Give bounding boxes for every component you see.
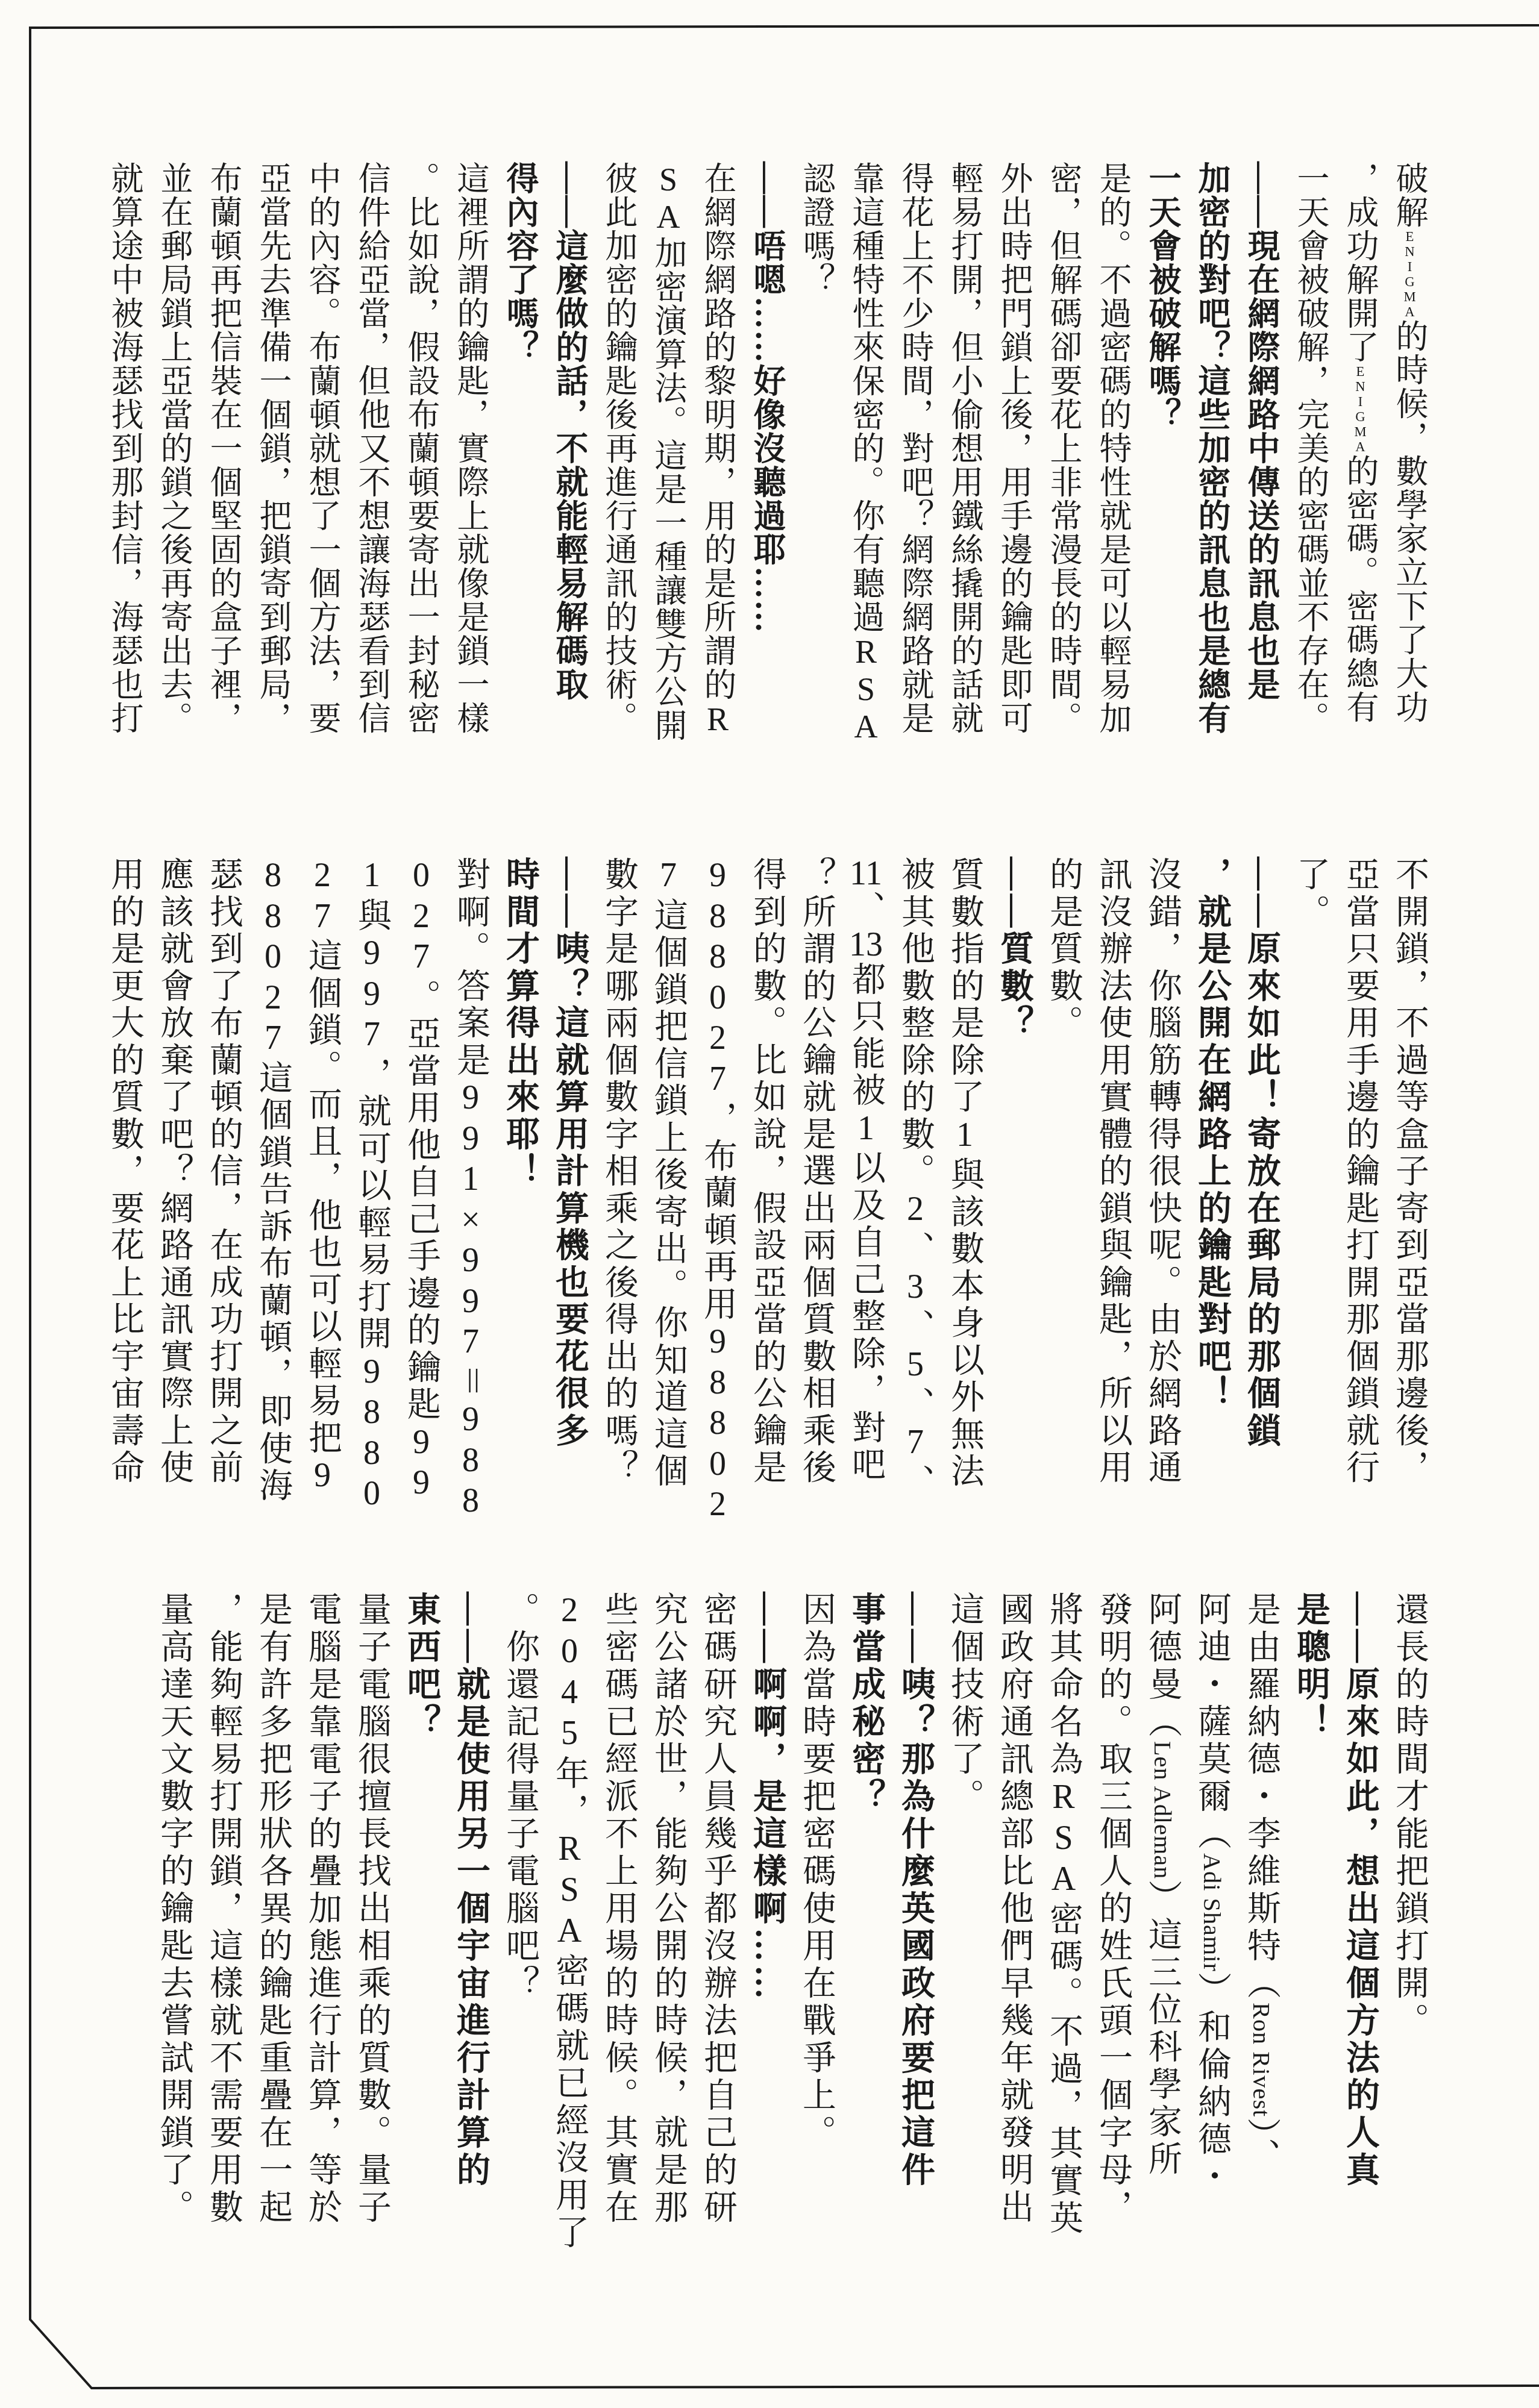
text-segment: 密碼。不過，其實英: [1045, 1901, 1082, 2238]
text-segment: 都只能被: [847, 962, 885, 1110]
text-segment: 因為當時要把密碼使用在戰爭上。: [798, 1592, 835, 2152]
text-column: 將其命名為RSA密碼。不過，其實英: [1039, 1592, 1088, 2229]
text-segment: 以及自己整除，對吧: [847, 1150, 885, 1484]
text-segment: 就算途中被海瑟找到那封信，海瑟也打: [107, 161, 143, 735]
text-segment: 用的是更大的質數，要花上比宇宙壽命: [106, 857, 143, 1487]
text-segment: 11: [847, 857, 885, 890]
text-segment: 988027: [699, 857, 736, 1101]
text-segment: RSA: [551, 1830, 588, 1953]
text-column: 988027，布蘭頓再用98802: [693, 857, 742, 1487]
text-segment: ——這麼做的話，不就能輕易解碼取: [551, 161, 588, 701]
text-column: 7這個鎖把信鎖上後寄出。你知道這個: [644, 857, 693, 1487]
text-segment: 量高達天文數字的鑰匙去嘗試開鎖了。: [155, 1592, 193, 2227]
text-column: 阿德曼（Len Adleman）這三位科學家所: [1138, 1592, 1187, 2229]
text-column: 027。亞當用他自己手邊的鑰匙99: [397, 857, 446, 1487]
text-column: 數字是哪兩個數字相乘之後得出的嗎？: [594, 857, 644, 1487]
text-column: 國政府通訊總部比他們早幾年就發明出: [989, 1592, 1039, 2229]
text-column: 東西吧？: [397, 1592, 446, 2229]
text-segment: 是的。不過密碼的特性就是可以輕易加: [1095, 161, 1131, 735]
text-column: 發明的。取三個人的姓氏頭一個字母，: [1088, 1592, 1138, 2229]
book-page: 破解ENIGMA的時候，數學家立下了大功，成功解開了ENIGMA的密碼。密碼總有…: [0, 0, 1539, 2408]
text-segment: 。你還記得量子電腦吧？: [501, 1592, 539, 2003]
text-segment: 一天會被破解，完美的密碼並不存在。: [1293, 161, 1329, 735]
text-segment: 99: [403, 1424, 440, 1505]
text-column: 靠這種特性來保密的。你有聽過RSA: [841, 161, 891, 735]
text-column: 就算途中被海瑟找到那封信，海瑟也打: [100, 161, 149, 735]
text-column: ——原來如此，想出這個方法的人真: [1335, 1592, 1385, 2229]
text-column: 2045年，RSA密碼就已經沒用了: [545, 1592, 594, 2229]
text-segment: 這個技術了。: [946, 1592, 983, 1816]
text-column: 用的是更大的質數，要花上比宇宙壽命: [100, 857, 149, 1487]
text-segment: 、: [847, 890, 885, 928]
text-segment: 並在郵局鎖上亞當的鎖之後再寄出去。: [156, 161, 192, 735]
text-segment: 1: [946, 1116, 983, 1157]
text-segment: 是有許多把形狀各異的鑰匙重疊在一起: [254, 1592, 292, 2227]
text-column: 破解ENIGMA的時候，數學家立下了大功: [1385, 161, 1434, 735]
text-column: 質數指的是除了1與該數本身以外無法: [940, 857, 989, 1487]
text-segment: 布蘭頓再把信裝在一個堅固的盒子裡，: [205, 161, 242, 735]
text-column: SA加密演算法。這是一種讓雙方公開: [644, 161, 693, 735]
text-segment: 信件給亞當，但他又不想讓海瑟看到信: [354, 161, 390, 735]
text-segment: ——咦？那為什麼英國政府要把這件: [897, 1592, 934, 2189]
text-column: ——這麼做的話，不就能輕易解碼取: [545, 161, 594, 735]
text-column: 事當成秘密？: [841, 1592, 891, 2229]
text-column: 訊沒辦法使用實體的鎖與鑰匙，所以用: [1088, 857, 1138, 1487]
text-segment: 997: [353, 934, 390, 1057]
text-segment: 阿迪・薩莫爾（: [1193, 1592, 1230, 1853]
text-segment: ——現在網際網路中傳送的訊息也是: [1243, 161, 1279, 701]
text-segment: 外出時把門鎖上後，用手邊的鑰匙即可: [996, 161, 1032, 735]
text-segment: 1: [353, 857, 390, 898]
text-segment: 9880: [353, 1353, 390, 1516]
text-segment: ——原來如此！寄放在郵局的那個鎖: [1243, 857, 1280, 1449]
text-segment: 密碼就已經沒用了: [551, 1953, 588, 2252]
text-segment: 得花上不少時間，對吧？網際網路就是: [897, 161, 933, 735]
text-column: 並在郵局鎖上亞當的鎖之後再寄出去。: [149, 161, 199, 735]
text-segment: 數字是哪兩個數字相乘之後得出的嗎？: [600, 857, 638, 1487]
text-segment: Ron Rivest: [1248, 2003, 1275, 2117]
text-column: 是聰明！: [1286, 1592, 1335, 2229]
text-segment: 應該就會放棄了吧？網路通訊實際上使: [155, 857, 193, 1487]
text-segment: 東西吧？: [403, 1592, 440, 1741]
text-column: 不開鎖，不過等盒子寄到亞當那邊後，: [1385, 857, 1434, 1487]
text-column: 的是質數。: [1039, 857, 1088, 1487]
text-segment: 2045: [551, 1592, 588, 1756]
text-segment: 9: [304, 1457, 341, 1498]
text-column: 量高達天文數字的鑰匙去嘗試開鎖了。: [149, 1592, 199, 2229]
text-segment: 這個鎖告訴布蘭頓，即使海: [254, 1060, 292, 1505]
text-segment: 質數指的是除了: [946, 857, 983, 1116]
text-column: 11、13都只能被1以及自己整除，對吧: [841, 857, 891, 1487]
text-column: 瑟找到了布蘭頓的信，在成功打開之前: [199, 857, 248, 1487]
text-segment: ，能夠輕易打開鎖，這樣就不需要用數: [205, 1592, 242, 2227]
text-column: 了。: [1286, 857, 1335, 1487]
text-segment: 輕易打開，但小偷想用鐵絲撬開的話就: [947, 161, 983, 735]
text-segment: 時間才算得出來耶！: [501, 857, 539, 1190]
text-segment: 與該數本身以外無法: [946, 1157, 983, 1490]
text-column: 一天會被破解嗎？: [1138, 161, 1187, 735]
text-segment: 的密碼。密碼總有: [1342, 454, 1378, 724]
text-segment: ？所謂的公鑰就是選出兩個質數相乘後: [798, 857, 835, 1487]
text-segment: 在網際網路的黎明期，用的是所謂的: [700, 161, 736, 701]
text-segment: 瑟找到了布蘭頓的信，在成功打開之前: [205, 857, 242, 1487]
text-column: 信件給亞當，但他又不想讓海瑟看到信: [347, 161, 397, 735]
text-column: 還長的時間才能把鎖打開。: [1385, 1592, 1434, 2229]
text-segment: ，就是公開在網路上的鑰匙對吧！: [1193, 857, 1230, 1413]
text-segment: ，就可以輕易打開: [353, 1057, 390, 1353]
text-column: 亞當先去準備一個鎖，把鎖寄到郵局，: [248, 161, 298, 735]
text-segment: 亞當先去準備一個鎖，把鎖寄到郵局，: [255, 161, 291, 735]
text-column: 認證嗎？: [792, 161, 841, 735]
text-column: 對啊。答案是991×997＝988: [446, 857, 495, 1487]
text-segment: ENIGMA: [1353, 364, 1368, 454]
text-segment: ——啊啊，是這樣啊……: [748, 1592, 786, 2003]
text-band-top: 破解ENIGMA的時候，數學家立下了大功，成功解開了ENIGMA的密碼。密碼總有…: [100, 161, 1434, 735]
text-segment: 亞當只要用手邊的鑰匙打開那個鎖就行: [1341, 857, 1379, 1487]
text-column: 中的內容。布蘭頓就想了一個方法，要: [298, 161, 347, 735]
text-segment: 沒錯，你腦筋轉得很快呢。由於網路通: [1144, 857, 1181, 1487]
text-segment: 2、3、5、7、: [897, 1190, 934, 1501]
text-segment: 密，但解碼卻要花上非常漫長的時間。: [1045, 161, 1082, 735]
text-segment: 得內容了嗎？: [502, 161, 538, 364]
text-segment: 事當成秘密？: [847, 1592, 885, 1816]
text-column: 得到的數。比如說，假設亞當的公鑰是: [742, 857, 792, 1487]
text-segment: 這個鎖把信鎖上後寄出。你知道這個: [650, 898, 687, 1490]
text-column: 88027這個鎖告訴布蘭頓，即使海: [248, 857, 298, 1487]
text-segment: 被其他數整除的數。: [897, 857, 934, 1190]
text-segment: ）和倫納德・: [1193, 1972, 1230, 2196]
text-segment: ，成功解開了: [1342, 161, 1378, 364]
text-column: ——原來如此！寄放在郵局的那個鎖: [1237, 857, 1286, 1487]
text-segment: 了。: [1292, 857, 1329, 931]
text-segment: 這個鎖。而且，他也可以輕易把: [304, 938, 341, 1457]
text-segment: 訊沒辦法使用實體的鎖與鑰匙，所以用: [1094, 857, 1132, 1487]
text-column: 得內容了嗎？: [495, 161, 545, 735]
text-column: ？所謂的公鑰就是選出兩個質數相乘後: [792, 857, 841, 1487]
text-segment: 國政府通訊總部比他們早幾年就發明出: [995, 1592, 1033, 2227]
text-column: ，就是公開在網路上的鑰匙對吧！: [1187, 857, 1237, 1487]
text-column: 加密的對吧？這些加密的訊息也是總有: [1187, 161, 1237, 735]
text-segment: 7: [650, 857, 687, 898]
text-column: 沒錯，你腦筋轉得很快呢。由於網路通: [1138, 857, 1187, 1487]
text-column: 因為當時要把密碼使用在戰爭上。: [792, 1592, 841, 2229]
text-segment: 還長的時間才能把鎖打開。: [1391, 1592, 1428, 2040]
text-column: 是有許多把形狀各異的鑰匙重疊在一起: [248, 1592, 298, 2229]
text-column: ——咦？那為什麼英國政府要把這件: [891, 1592, 940, 2229]
text-segment: ，布蘭頓再用: [699, 1101, 736, 1323]
text-column: 量子電腦很擅長找出相乘的質數。量子: [347, 1592, 397, 2229]
text-segment: SA: [650, 161, 686, 236]
text-segment: ——質數？: [995, 857, 1033, 1042]
text-column: ，能夠輕易打開鎖，這樣就不需要用數: [199, 1592, 248, 2229]
text-segment: 發明的。取三個人的姓氏頭一個字母，: [1094, 1592, 1132, 2227]
text-segment: 中的內容。布蘭頓就想了一個方法，要: [304, 161, 340, 735]
text-segment: RSA: [1045, 1778, 1082, 1901]
text-column: 得花上不少時間，對吧？網際網路就是: [891, 161, 940, 735]
text-column: 是由羅納德・李維斯特（Ron Rivest）、: [1237, 1592, 1286, 2229]
text-segment: 27: [304, 857, 341, 938]
text-segment: R: [700, 701, 736, 739]
text-segment: Len Adleman: [1149, 1741, 1176, 1879]
text-segment: 。亞當用他自己手邊的鑰匙: [403, 979, 440, 1424]
text-column: 1與997，就可以輕易打開9880: [347, 857, 397, 1487]
text-column: 時間才算得出來耶！: [495, 857, 545, 1487]
text-column: 這裡所謂的鑰匙，實際上就像是鎖一樣: [446, 161, 495, 735]
text-segment: 是由羅納德・李維斯特（: [1243, 1592, 1280, 2003]
text-segment: RSA: [848, 634, 884, 746]
text-segment: Adi Shamir: [1199, 1853, 1226, 1972]
text-segment: 這裡所謂的鑰匙，實際上就像是鎖一樣: [453, 161, 489, 735]
text-segment: 是聰明！: [1292, 1592, 1329, 1741]
text-column: ——現在網際網路中傳送的訊息也是: [1237, 161, 1286, 735]
text-column: 阿迪・薩莫爾（Adi Shamir）和倫納德・: [1187, 1592, 1237, 2229]
text-segment: 密碼研究人員幾乎都沒辦法把自己的研: [699, 1592, 736, 2227]
text-column: ——咦？這就算用計算機也要花很多: [545, 857, 594, 1487]
text-column: 布蘭頓再把信裝在一個堅固的盒子裡，: [199, 161, 248, 735]
text-column: ——唔嗯……好像沒聽過耶……: [742, 161, 792, 735]
text-segment: 不開鎖，不過等盒子寄到亞當那邊後，: [1391, 857, 1428, 1487]
text-segment: 將其命名為: [1045, 1592, 1082, 1778]
text-column: 輕易打開，但小偷想用鐵絲撬開的話就: [940, 161, 989, 735]
text-column: 在網際網路的黎明期，用的是所謂的R: [693, 161, 742, 735]
text-segment: 的是質數。: [1045, 857, 1082, 1042]
text-segment: 加密的對吧？這些加密的訊息也是總有: [1194, 161, 1230, 735]
text-column: 。比如說，假設布蘭頓要寄出一封秘密: [397, 161, 446, 735]
text-column: 是的。不過密碼的特性就是可以輕易加: [1088, 161, 1138, 735]
text-segment: 1: [847, 1110, 885, 1151]
text-segment: 彼此加密的鑰匙後再進行通訊的技術。: [601, 161, 637, 735]
text-segment: 靠這種特性來保密的。你有聽過: [848, 161, 884, 634]
text-column: ——質數？: [989, 857, 1039, 1487]
text-band-middle: 不開鎖，不過等盒子寄到亞當那邊後，亞當只要用手邊的鑰匙打開那個鎖就行了。——原來…: [100, 857, 1434, 1487]
text-segment: ）這三位科學家所: [1144, 1879, 1181, 2178]
text-column: 密，但解碼卻要花上非常漫長的時間。: [1039, 161, 1088, 735]
text-segment: 年，: [551, 1756, 588, 1830]
text-column: 一天會被破解，完美的密碼並不存在。: [1286, 161, 1335, 735]
text-column: 亞當只要用手邊的鑰匙打開那個鎖就行: [1335, 857, 1385, 1487]
text-segment: ）、: [1243, 2117, 1280, 2175]
text-segment: ——就是使用另一個宇宙進行計算的: [452, 1592, 489, 2189]
text-segment: 認證嗎？: [798, 161, 835, 296]
text-column: ，成功解開了ENIGMA的密碼。密碼總有: [1335, 161, 1385, 735]
text-segment: 究公諸於世，能夠公開的時候，就是那: [650, 1592, 687, 2227]
text-column: 27這個鎖。而且，他也可以輕易把9: [298, 857, 347, 1487]
text-column: 些密碼已經派不上用場的時候。其實在: [594, 1592, 644, 2229]
text-column: 這個技術了。: [940, 1592, 989, 2229]
text-segment: 13: [847, 928, 885, 962]
text-segment: 些密碼已經派不上用場的時候。其實在: [600, 1592, 638, 2227]
text-segment: ——唔嗯……好像沒聽過耶……: [749, 161, 785, 634]
text-segment: ——原來如此，想出這個方法的人真: [1341, 1592, 1379, 2189]
text-segment: 的時候，數學家立下了大功: [1391, 319, 1428, 724]
text-segment: 027: [403, 857, 440, 979]
text-segment: 阿德曼（: [1144, 1592, 1181, 1741]
text-segment: ENIGMA: [1402, 229, 1417, 319]
text-column: 究公諸於世，能夠公開的時候，就是那: [644, 1592, 693, 2229]
text-column: 。你還記得量子電腦吧？: [495, 1592, 545, 2229]
text-segment: 與: [353, 898, 390, 935]
text-column: ——就是使用另一個宇宙進行計算的: [446, 1592, 495, 2229]
text-column: 密碼研究人員幾乎都沒辦法把自己的研: [693, 1592, 742, 2229]
text-segment: 。比如說，假設布蘭頓要寄出一封秘密: [403, 161, 439, 735]
text-column: ——啊啊，是這樣啊……: [742, 1592, 792, 2229]
text-segment: 量子電腦很擅長找出相乘的質數。量子: [353, 1592, 390, 2227]
text-column: 應該就會放棄了吧？網路通訊實際上使: [149, 857, 199, 1487]
text-segment: ——咦？這就算用計算機也要花很多: [551, 857, 588, 1449]
text-segment: 得到的數。比如說，假設亞當的公鑰是: [748, 857, 786, 1487]
text-segment: 電腦是靠電子的疊加態進行計算，等於: [304, 1592, 341, 2227]
text-column: 被其他數整除的數。2、3、5、7、: [891, 857, 940, 1487]
text-segment: 一天會被破解嗎？: [1144, 161, 1180, 431]
text-column: 電腦是靠電子的疊加態進行計算，等於: [298, 1592, 347, 2229]
text-segment: 加密演算法。這是一種讓雙方公開: [650, 236, 686, 742]
text-band-bottom: 還長的時間才能把鎖打開。——原來如此，想出這個方法的人真是聰明！是由羅納德・李維…: [149, 1592, 1434, 2229]
text-segment: 98802: [699, 1323, 736, 1527]
text-column: 外出時把門鎖上後，用手邊的鑰匙即可: [989, 161, 1039, 735]
text-segment: 991×997＝988: [452, 1079, 489, 1523]
text-segment: 88027: [254, 857, 292, 1060]
text-segment: 破解: [1391, 161, 1428, 229]
text-column: 彼此加密的鑰匙後再進行通訊的技術。: [594, 161, 644, 735]
text-segment: 對啊。答案是: [452, 857, 489, 1079]
